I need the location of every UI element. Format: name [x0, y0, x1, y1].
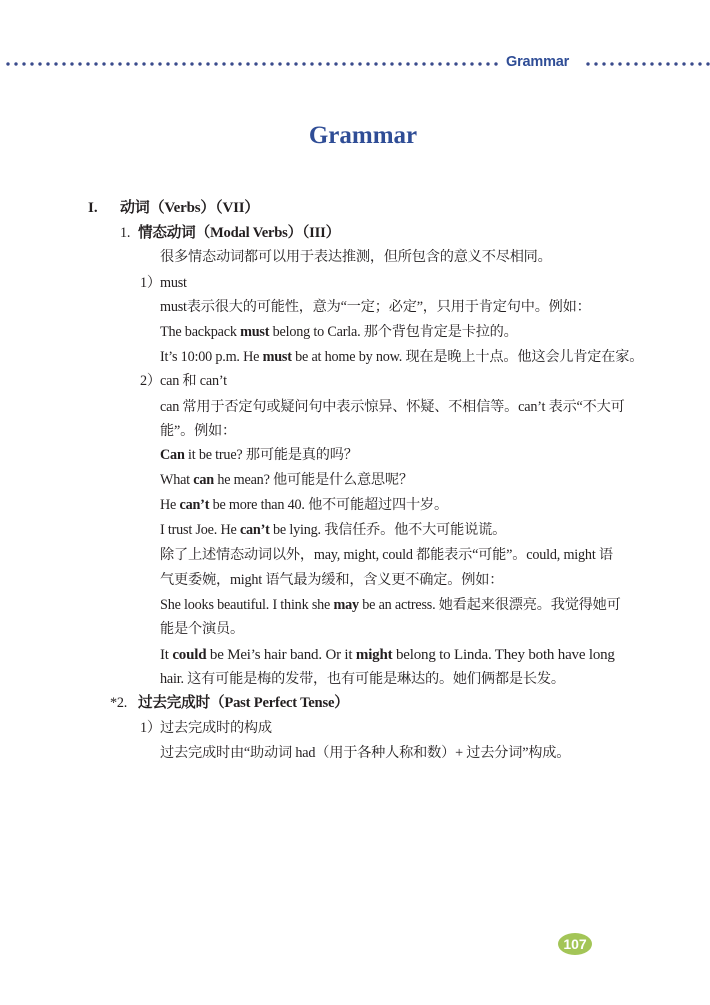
example-sentence: I trust Joe. He can’t be lying. 我信任乔。他不大…: [160, 520, 506, 540]
example-sentence: The backpack must belong to Carla. 那个背包肯…: [160, 322, 518, 342]
example-sentence: He can’t be more than 40. 他不可能超过四十岁。: [160, 495, 448, 515]
page-number-badge: 107: [558, 933, 592, 955]
page-title: Grammar: [0, 122, 710, 150]
item-label: can 和 can’t: [160, 371, 227, 391]
item-number: 1）: [140, 273, 161, 293]
subsection-number: 1.: [120, 223, 130, 243]
note-text: 除了上述情态动词以外，may, might, could 都能表示“可能”。co…: [160, 545, 613, 565]
section-heading: 动词（Verbs）（VII）: [120, 198, 259, 218]
example-sentence: It could be Mei’s hair band. Or it might…: [160, 645, 615, 665]
section-number: I.: [88, 200, 98, 217]
example-sentence: Can it be true? 那可能是真的吗？: [160, 445, 358, 465]
item-number: 1）: [140, 718, 161, 738]
running-header: Grammar: [0, 54, 710, 72]
dotted-rule-right: [584, 62, 710, 66]
example-sentence: She looks beautiful. I think she may be …: [160, 595, 621, 615]
example-sentence: 能是个演员。: [160, 619, 244, 639]
note-text: 气更委婉，might 语气最为缓和，含义更不确定。例如：: [160, 570, 503, 590]
item-description: 能”。例如：: [160, 421, 236, 441]
item-label: must: [160, 273, 187, 293]
example-sentence: What can he mean? 他可能是什么意思呢？: [160, 470, 413, 490]
intro-text: 很多情态动词都可以用于表达推测，但所包含的意义不尽相同。: [160, 247, 552, 267]
item-description: can 常用于否定句或疑问句中表示惊异、怀疑、不相信等。can’t 表示“不大可: [160, 397, 625, 417]
item-description: 过去完成时由“助动词 had（用于各种人称和数）+ 过去分词”构成。: [160, 743, 570, 763]
item-number: 2）: [140, 371, 161, 391]
header-section-label: Grammar: [506, 54, 569, 70]
subsection-heading: 过去完成时（Past Perfect Tense）: [138, 693, 349, 713]
example-sentence: It’s 10:00 p.m. He must be at home by no…: [160, 347, 643, 367]
subsection-heading: 情态动词（Modal Verbs）（III）: [138, 223, 340, 243]
subsection-number: *2.: [110, 693, 127, 713]
dotted-rule-left: [4, 62, 498, 66]
example-sentence: hair. 这有可能是梅的发带，也有可能是琳达的。她们俩都是长发。: [160, 669, 565, 689]
item-description: must表示很大的可能性，意为“一定；必定”，只用于肯定句中。例如：: [160, 297, 591, 317]
item-label: 过去完成时的构成: [160, 718, 272, 738]
